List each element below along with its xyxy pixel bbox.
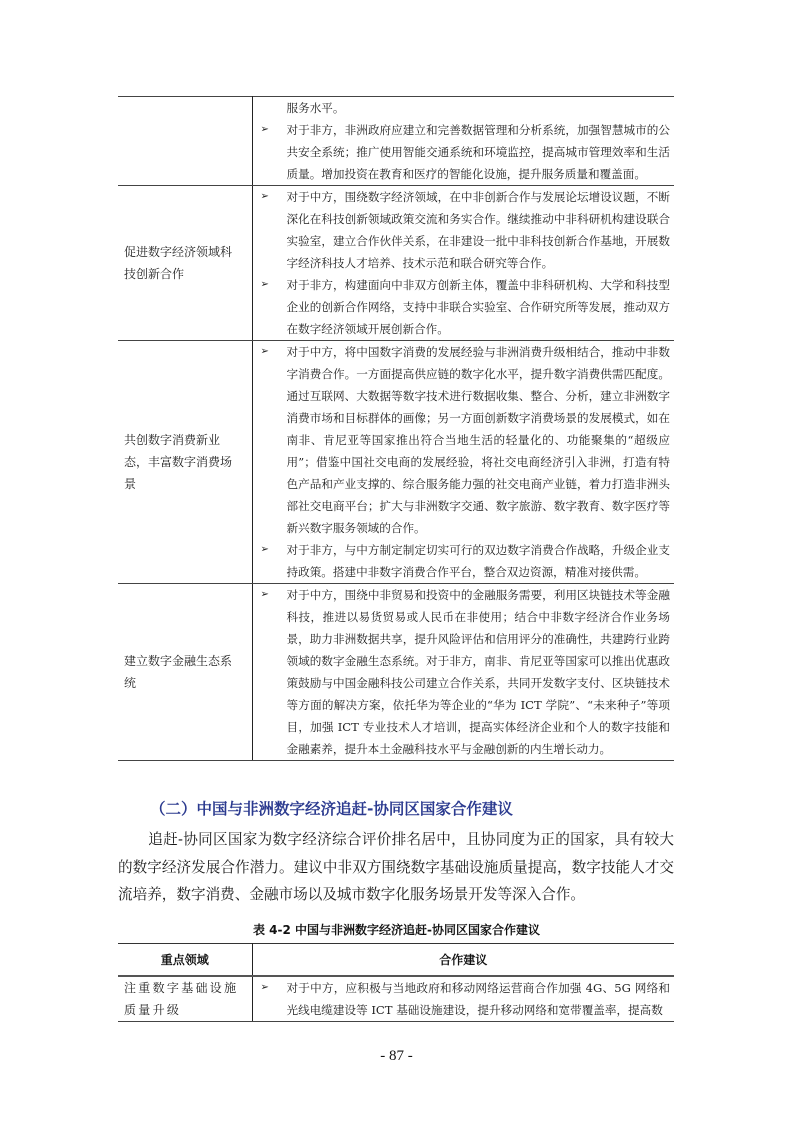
focus-area-cell: [118, 97, 252, 186]
table-row: 服务水平。 ➢ 对于非方，非洲政府应建立和完善数据管理和分析系统，加强智慧城市的…: [118, 97, 674, 186]
arrow-bullet-icon: ➢: [259, 977, 287, 1021]
bullet-item: ➢ 对于中方，围绕中非贸易和投资中的金融服务需要，利用区块链技术等金融科技，推进…: [259, 584, 671, 760]
table-caption: 表 4-2 中国与非洲数字经济追赶-协同区国家合作建议: [0, 921, 793, 938]
arrow-bullet-icon: ➢: [259, 539, 287, 583]
suggestion-cell: ➢ 对于中方，应积极与当地政府和移动网络运营商合作加强 4G、5G 网络和光线电…: [252, 976, 674, 1022]
catch-up-cooperation-table: 重点领域 合作建议 注重数字基础设施质量升级 ➢ 对于中方，应积极与当地政府和移…: [118, 943, 674, 1022]
focus-area-cell: 建立数字金融生态系统: [118, 584, 252, 761]
bullet-item: ➢ 对于非方，与中方制定制定切实可行的双边数字消费合作战略，升级企业支持政策。搭…: [259, 539, 671, 583]
table-row: 注重数字基础设施质量升级 ➢ 对于中方，应积极与当地政府和移动网络运营商合作加强…: [118, 976, 674, 1022]
bullet-item: ➢ 对于中方，围绕数字经济领域，在中非创新合作与发展论坛增设议题，不断深化在科技…: [259, 186, 671, 274]
arrow-bullet-icon: ➢: [259, 341, 287, 539]
arrow-bullet-icon: ➢: [259, 274, 287, 340]
focus-area-cell: 注重数字基础设施质量升级: [118, 976, 252, 1022]
table-row: 共创数字消费新业态，丰富数字消费场景 ➢ 对于中方，将中国数字消费的发展经验与非…: [118, 341, 674, 584]
arrow-bullet-icon: ➢: [259, 584, 287, 760]
document-page: 服务水平。 ➢ 对于非方，非洲政府应建立和完善数据管理和分析系统，加强智慧城市的…: [0, 0, 793, 1122]
cooperation-table-continued: 服务水平。 ➢ 对于非方，非洲政府应建立和完善数据管理和分析系统，加强智慧城市的…: [118, 96, 674, 761]
bullet-item: ➢ 对于中方，应积极与当地政府和移动网络运营商合作加强 4G、5G 网络和光线电…: [259, 977, 671, 1021]
section-heading: （二）中国与非洲数字经济追赶-协同区国家合作建议: [150, 797, 513, 819]
suggestion-cell: ➢ 对于中方，围绕数字经济领域，在中非创新合作与发展论坛增设议题，不断深化在科技…: [252, 186, 674, 341]
continued-text: 服务水平。: [259, 97, 671, 119]
bullet-item: ➢ 对于非方，构建面向中非双方创新主体，覆盖中非科研机构、大学和科技型企业的创新…: [259, 274, 671, 340]
suggestion-cell: ➢ 对于中方，将中国数字消费的发展经验与非洲消费升级相结合，推动中非数字消费合作…: [252, 341, 674, 584]
bullet-item: ➢ 对于非方，非洲政府应建立和完善数据管理和分析系统，加强智慧城市的公共安全系统…: [259, 119, 671, 185]
suggestion-cell: 服务水平。 ➢ 对于非方，非洲政府应建立和完善数据管理和分析系统，加强智慧城市的…: [252, 97, 674, 186]
suggestion-cell: ➢ 对于中方，围绕中非贸易和投资中的金融服务需要，利用区块链技术等金融科技，推进…: [252, 584, 674, 761]
arrow-bullet-icon: ➢: [259, 119, 287, 185]
column-header-focus-area: 重点领域: [118, 944, 252, 977]
focus-area-cell: 促进数字经济领域科技创新合作: [118, 186, 252, 341]
table-row: 建立数字金融生态系统 ➢ 对于中方，围绕中非贸易和投资中的金融服务需要，利用区块…: [118, 584, 674, 761]
table-header-row: 重点领域 合作建议: [118, 944, 674, 977]
body-paragraph: 追赶-协同区国家为数字经济综合评价排名居中，且协同度为正的国家，具有较大的数字经…: [118, 826, 674, 909]
table-row: 促进数字经济领域科技创新合作 ➢ 对于中方，围绕数字经济领域，在中非创新合作与发…: [118, 186, 674, 341]
column-header-suggestion: 合作建议: [252, 944, 674, 977]
bullet-item: ➢ 对于中方，将中国数字消费的发展经验与非洲消费升级相结合，推动中非数字消费合作…: [259, 341, 671, 539]
arrow-bullet-icon: ➢: [259, 186, 287, 274]
page-number: - 87 -: [0, 1048, 793, 1065]
focus-area-cell: 共创数字消费新业态，丰富数字消费场景: [118, 341, 252, 584]
